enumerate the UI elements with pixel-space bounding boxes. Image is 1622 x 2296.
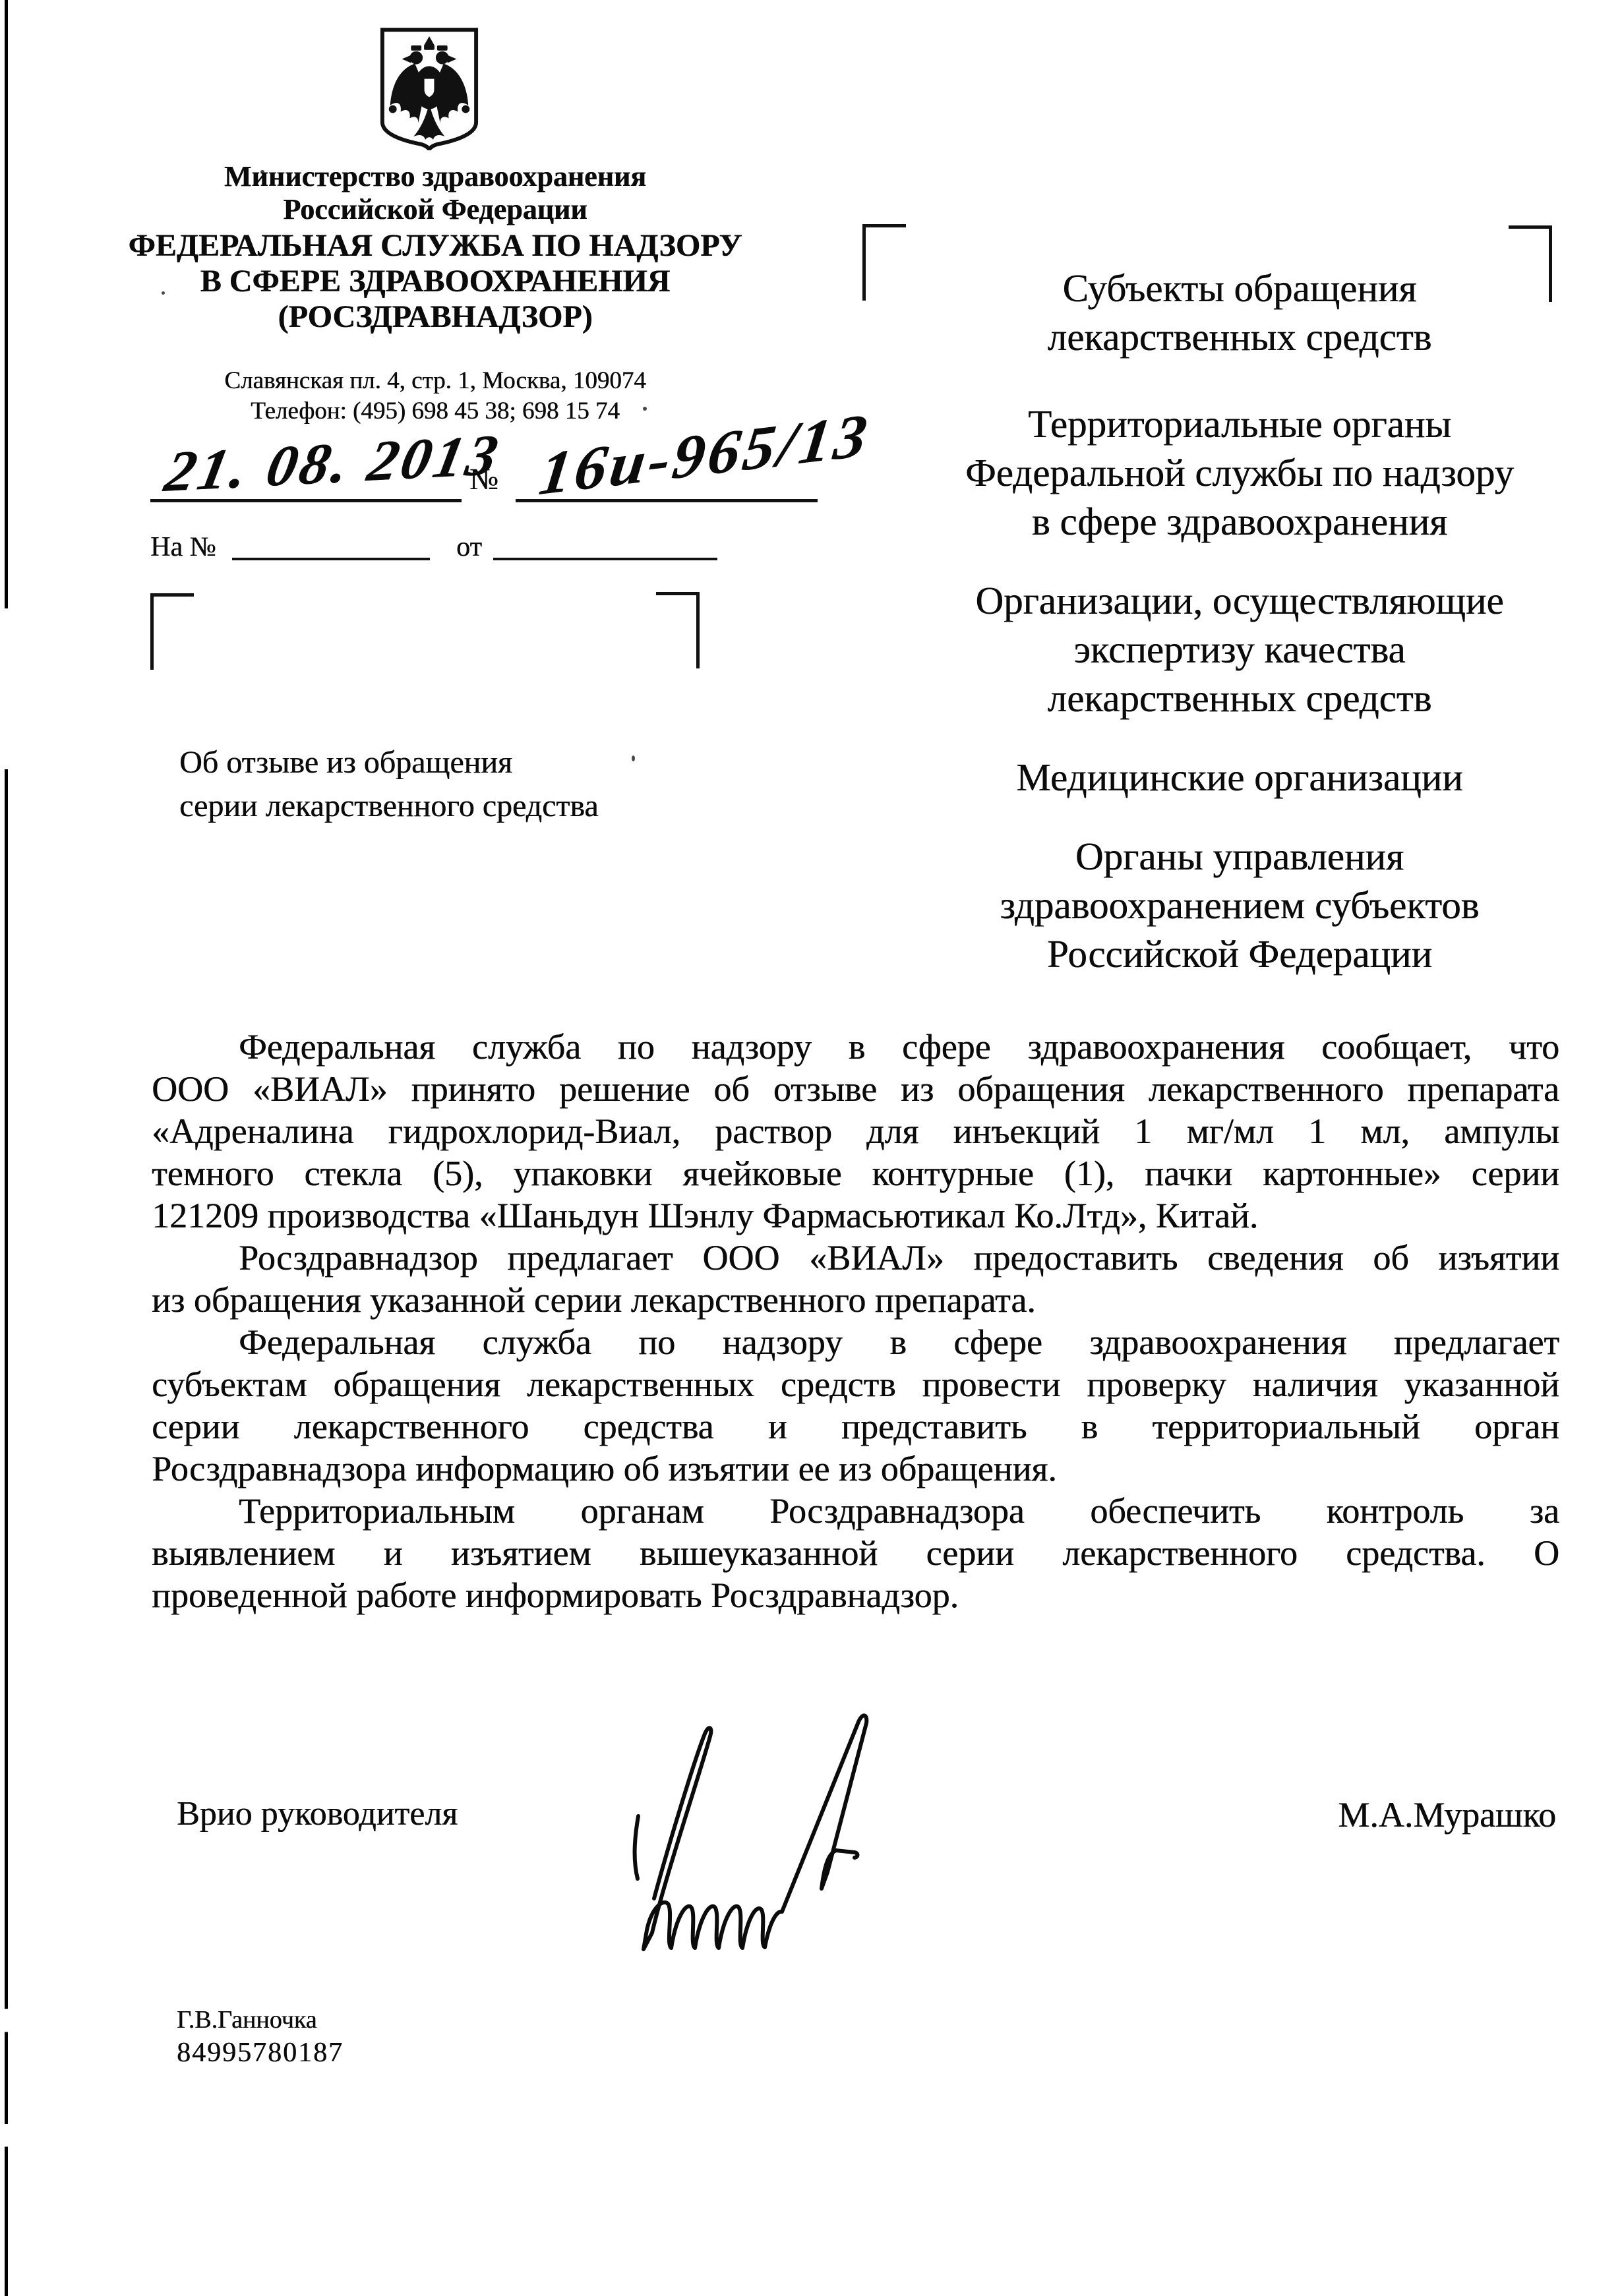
body-line: проведенной работе информировать Росздра… [152, 1574, 1559, 1616]
ref-ot-label: от [456, 531, 482, 563]
ref-date-blank [493, 530, 717, 560]
service-address: Славянская пл. 4, стр. 1, Москва, 109074 [112, 367, 758, 395]
body-line: Росздравнадзор предлагает ООО «ВИАЛ» пре… [152, 1237, 1559, 1279]
body-line: Федеральная служба по надзору в сфере зд… [152, 1026, 1559, 1068]
number-sign: № [469, 461, 498, 496]
body-line: темного стекла (5), упаковки ячейковые к… [152, 1152, 1559, 1194]
corner-mark [862, 224, 906, 301]
body-paragraph: Территориальным органам Росздравнадзора … [152, 1490, 1559, 1616]
body-paragraph: Росздравнадзор предлагает ООО «ВИАЛ» пре… [152, 1237, 1559, 1321]
body-line: Территориальным органам Росздравнадзора … [152, 1490, 1559, 1532]
date-value: 21. 08. 2013 [160, 422, 506, 506]
corner-mark [656, 592, 700, 668]
ref-number-blank [232, 530, 430, 560]
body-paragraph: Федеральная служба по надзору в сфере зд… [152, 1026, 1559, 1237]
body-line: субъектам обращения лекарственных средст… [152, 1363, 1559, 1405]
subject-title: Об отзыве из обращения серии лекарственн… [179, 741, 905, 828]
scanner-edge-artifact [5, 0, 8, 2296]
recipient-item: Организации, осуществляющие экспертизу к… [916, 576, 1563, 722]
service-phone: Телефон: (495) 698 45 38; 698 15 74 [112, 397, 758, 425]
scanned-letter-page: Министерство здравоохранения Российской … [0, 0, 1622, 2296]
recipient-item: Субъекты обращения лекарственных средств [916, 264, 1563, 361]
recipient-item: Органы управления здравоохранением субъе… [916, 832, 1563, 978]
signature-autograph-icon [560, 1681, 1022, 2011]
body-paragraph: Федеральная служба по надзору в сфере зд… [152, 1321, 1559, 1490]
body-line: выявлением и изъятием вышеуказанной сери… [152, 1532, 1559, 1574]
corner-mark [150, 593, 194, 670]
body-line: серии лекарственного средства и представ… [152, 1405, 1559, 1448]
executor-phone: 84995780187 [177, 2037, 344, 2069]
body-line: из обращения указанной серии лекарственн… [152, 1279, 1559, 1321]
body-line: «Адреналина гидрохлорид-Виал, раствор дл… [152, 1110, 1559, 1152]
body-line: Росздравнадзора информацию об изъятии ее… [152, 1448, 1559, 1490]
recipient-item: Медицинские организации [916, 753, 1563, 802]
ministry-name: Министерство здравоохранения Российской … [112, 160, 758, 226]
ref-na-label: На № [150, 531, 216, 563]
russia-coat-of-arms-icon [377, 25, 481, 150]
signer-name: М.А.Мурашко [1160, 1794, 1556, 1835]
body-text: Федеральная служба по надзору в сфере зд… [152, 1026, 1559, 1616]
recipients-list: Субъекты обращения лекарственных средств… [916, 264, 1563, 1009]
signer-position: Врио руководителя [177, 1794, 458, 1833]
number-field: 16и-965/13 [516, 440, 818, 502]
body-line: ООО «ВИАЛ» принято решение об отзыве из … [152, 1068, 1559, 1110]
body-line: Федеральная служба по надзору в сфере зд… [152, 1321, 1559, 1363]
body-line: 121209 производства «Шаньдун Шэнлу Фарма… [152, 1194, 1559, 1237]
executor-name: Г.В.Ганночка [177, 2005, 316, 2034]
service-name: ФЕДЕРАЛЬНАЯ СЛУЖБА ПО НАДЗОРУ В СФЕРЕ ЗД… [92, 228, 778, 335]
recipient-item: Территориальные органы Федеральной служб… [916, 399, 1563, 546]
date-field: 21. 08. 2013 [150, 440, 462, 502]
